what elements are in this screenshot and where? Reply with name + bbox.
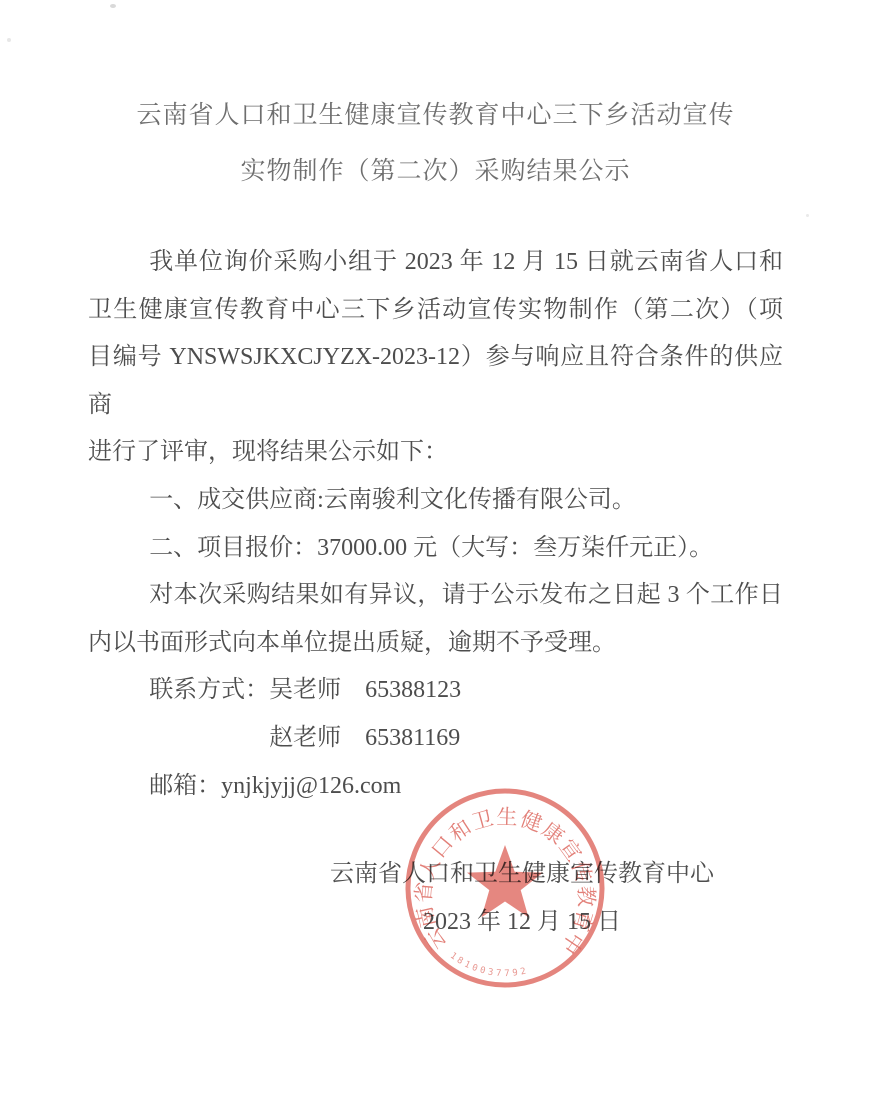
body-line: 进行了评审，现将结果公示如下： (88, 429, 783, 477)
document-title: 云南省人口和卫生健康宣传教育中心三下乡活动宣传 实物制作（第二次）采购结果公示 (0, 88, 871, 200)
document-body: 我单位询价采购小组于 2023 年 12 月 15 日就云南省人口和 卫生健康宣… (88, 239, 783, 810)
signature-date: 2023 年 12 月 15 日 (330, 899, 714, 946)
body-line: 我单位询价采购小组于 2023 年 12 月 15 日就云南省人口和 (88, 239, 783, 287)
title-line-2: 实物制作（第二次）采购结果公示 (0, 144, 871, 200)
body-line-project-price: 二、项目报价：37000.00 元（大写：叁万柒仟元正）。 (88, 525, 783, 573)
document-page: 云南省人口和卫生健康宣传教育中心三下乡活动宣传 实物制作（第二次）采购结果公示 … (0, 0, 871, 1108)
title-line-1: 云南省人口和卫生健康宣传教育中心三下乡活动宣传 (0, 88, 871, 144)
body-line: 内以书面形式向本单位提出质疑，逾期不予受理。 (88, 620, 783, 668)
scan-speck (806, 214, 809, 217)
body-line-winning-supplier: 一、成交供应商:云南骏利文化传播有限公司。 (88, 477, 783, 525)
body-line-contact-wu: 联系方式：吴老师 65388123 (88, 667, 783, 715)
body-line: 对本次采购结果如有异议，请于公示发布之日起 3 个工作日 (88, 572, 783, 620)
body-line: 目编号 YNSWSJKXCJYZX-2023-12）参与响应且符合条件的供应商 (88, 334, 783, 429)
scan-speck (7, 38, 11, 42)
signature-org: 云南省人口和卫生健康宣传教育中心 (330, 851, 714, 898)
signature-block: 云南省人口和卫生健康宣传教育中心 2023 年 12 月 15 日 (330, 851, 714, 946)
body-line-contact-zhao: 赵老师 65381169 (88, 715, 783, 763)
seal-serial-number: 1810037792 (448, 951, 530, 979)
scan-speck (110, 4, 116, 8)
body-line-email: 邮箱：ynjkjyjj@126.com (88, 763, 783, 811)
body-line: 卫生健康宣传教育中心三下乡活动宣传实物制作（第二次）（项 (88, 287, 783, 335)
